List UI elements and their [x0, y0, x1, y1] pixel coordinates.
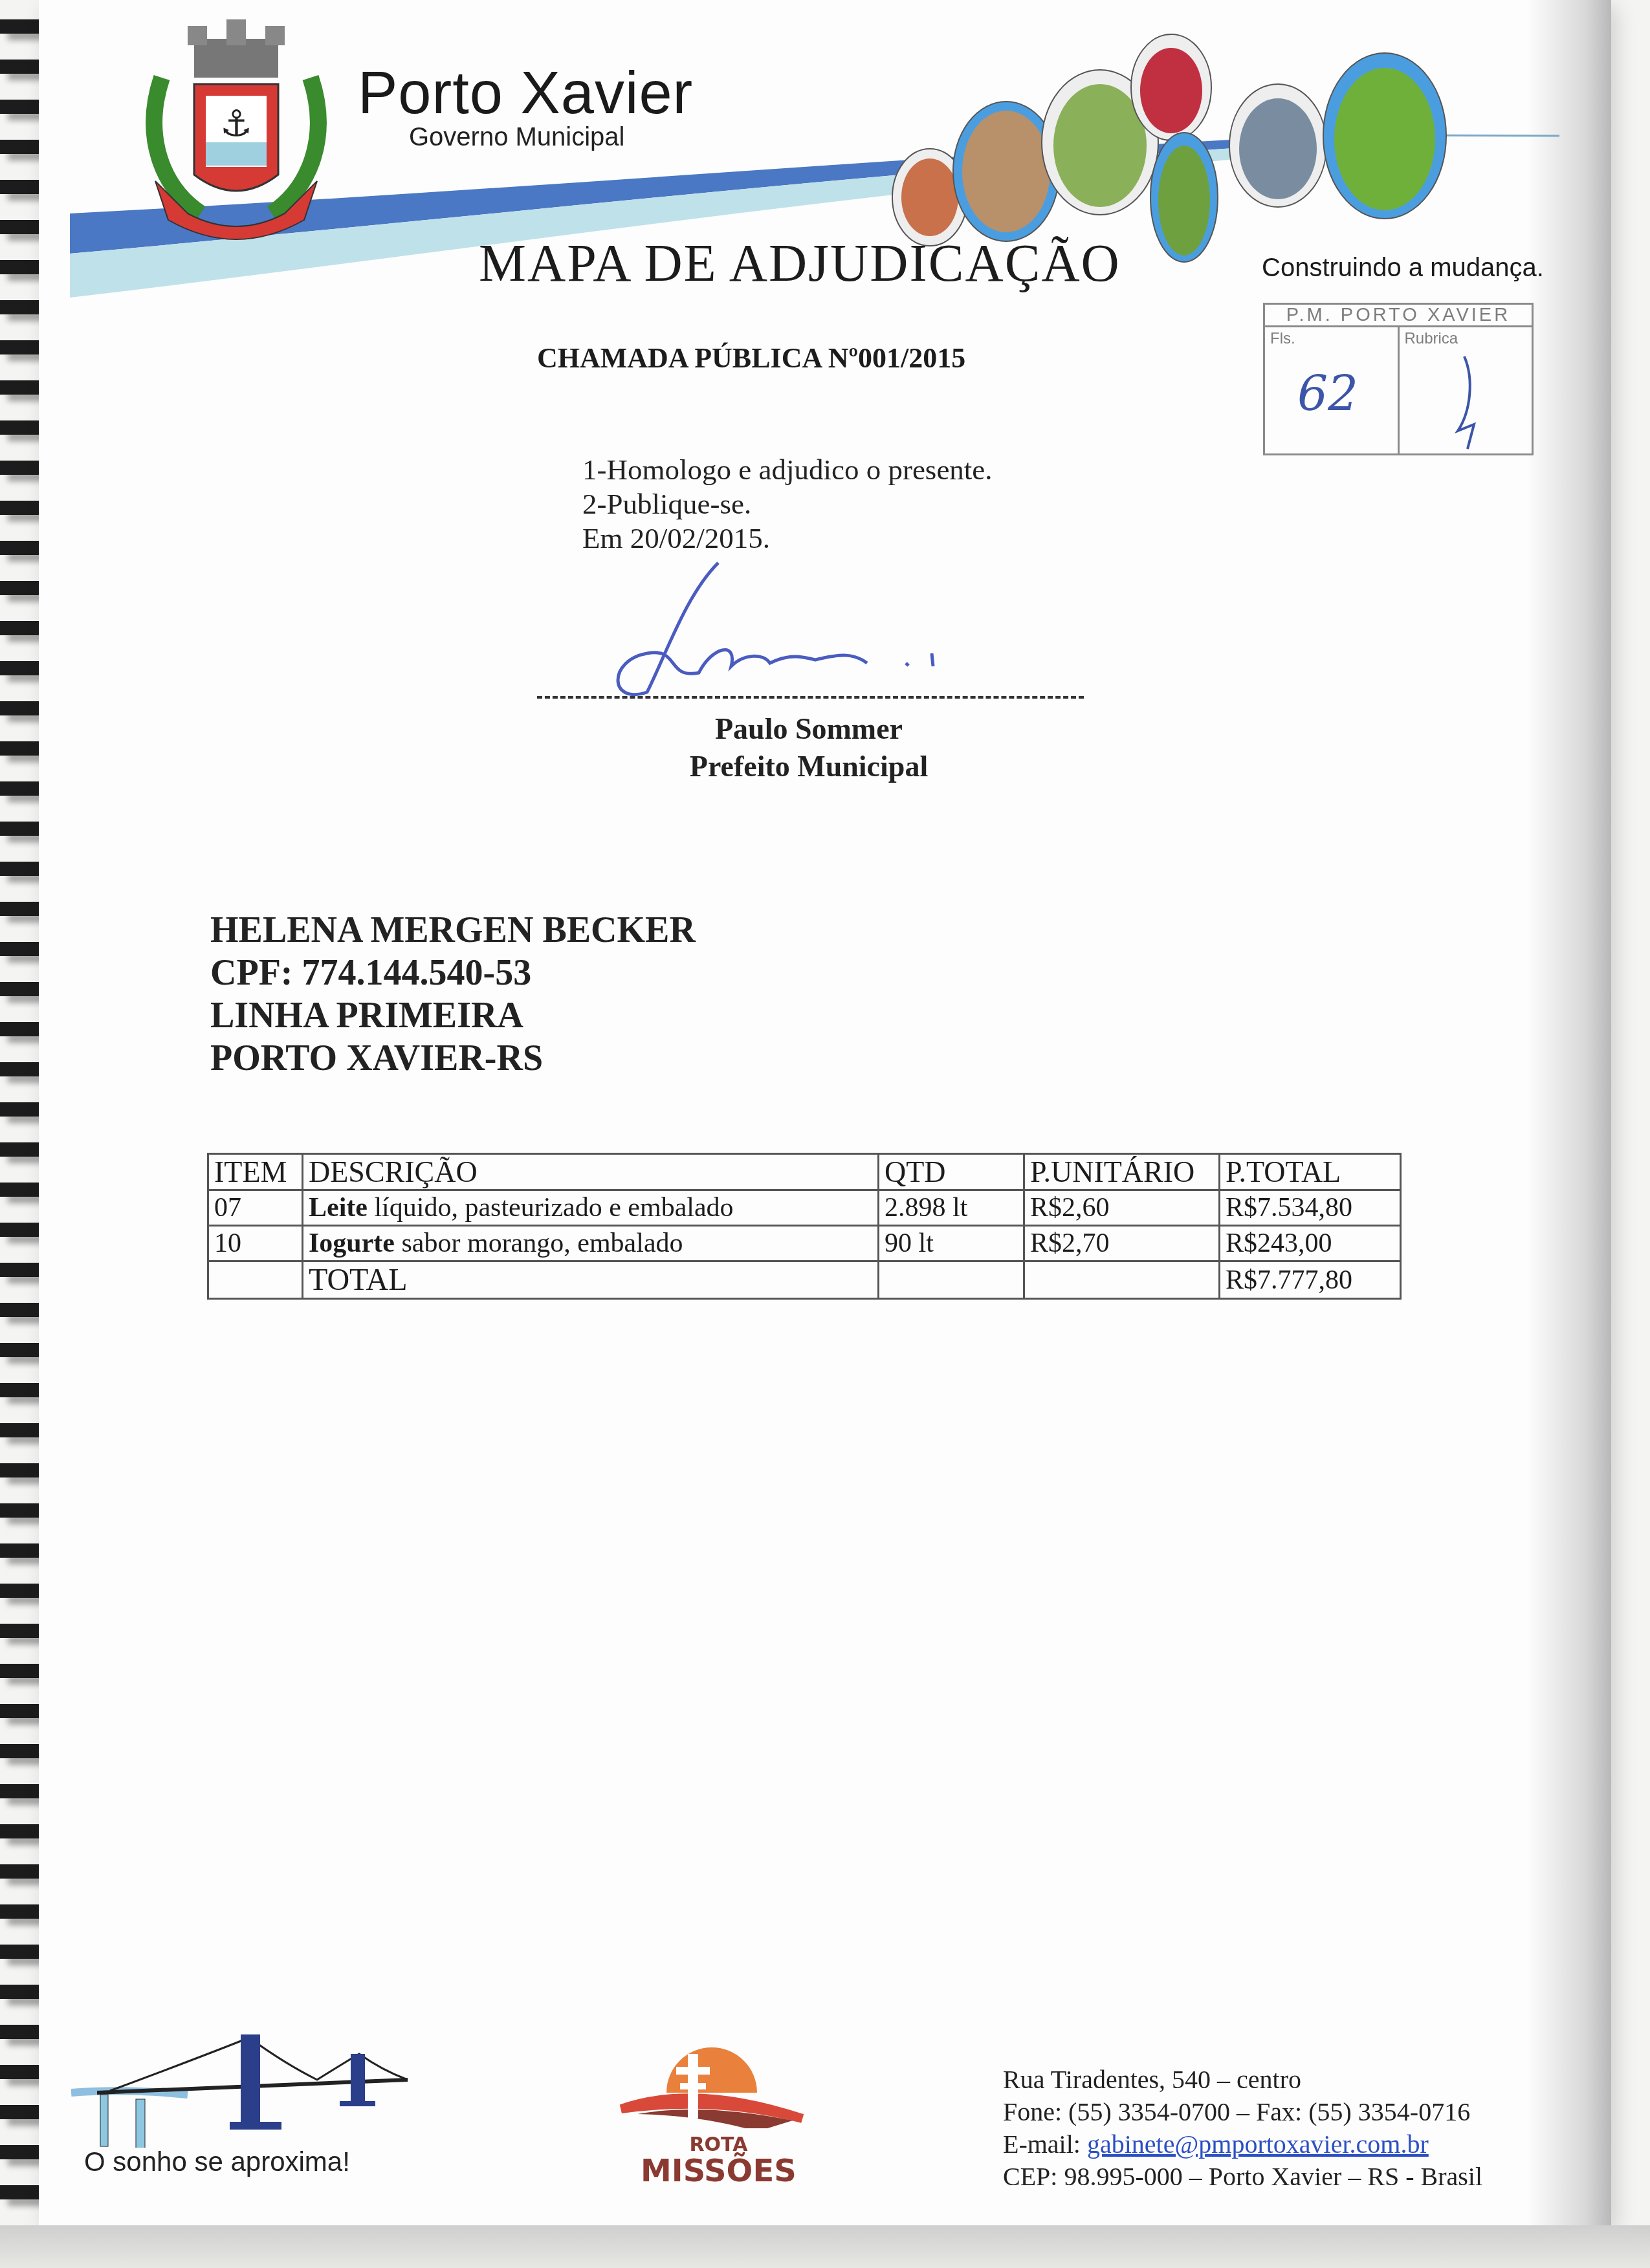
signature-line	[537, 696, 1084, 699]
table-header-row: ITEM DESCRIÇÃO QTD P.UNITÁRIO P.TOTAL	[208, 1154, 1401, 1190]
description-product: Iogurte	[309, 1228, 395, 1258]
total-label: TOTAL	[303, 1261, 879, 1299]
bridge-slogan: O sonho se aproxima!	[84, 2146, 350, 2177]
mayor-signature-icon	[608, 556, 1074, 705]
contact-address: Rua Tiradentes, 540 – centro	[1003, 2064, 1482, 2096]
cell-empty	[1024, 1261, 1220, 1299]
table-row: 07 Leite líquido, pasteurizado e embalad…	[208, 1190, 1401, 1226]
col-header-description: DESCRIÇÃO	[303, 1154, 879, 1190]
col-header-unit-price: P.UNITÁRIO	[1024, 1154, 1220, 1190]
signatory-name: Paulo Sommer	[582, 710, 1035, 748]
supplier-cpf: CPF: 774.144.540-53	[210, 952, 696, 994]
brand-title: Porto Xavier	[358, 60, 693, 127]
cell-total-price: R$7.534,80	[1220, 1190, 1401, 1226]
decree-line: Em 20/02/2015.	[582, 521, 993, 556]
rota-missoes-text: ROTA MISSÕES	[641, 2135, 797, 2186]
supplier-name: HELENA MERGEN BECKER	[210, 909, 696, 952]
cell-unit-price: R$2,60	[1024, 1190, 1220, 1226]
contact-cep: CEP: 98.995-000 – Porto Xavier – RS - Br…	[1003, 2161, 1482, 2193]
table-row: 10 Iogurte sabor morango, embalado 90 lt…	[208, 1226, 1401, 1261]
cell-empty	[879, 1261, 1024, 1299]
contact-phone: Fone: (55) 3354-0700 – Fax: (55) 3354-07…	[1003, 2096, 1482, 2128]
cell-total-price: R$243,00	[1220, 1226, 1401, 1261]
decree-line: 1-Homologo e adjudico o presente.	[582, 453, 993, 487]
missoes-text: MISSÕES	[641, 2155, 797, 2186]
header-photo-circles	[892, 34, 1446, 262]
document-title: MAPA DE ADJUDICAÇÃO	[479, 233, 1121, 294]
rota-missoes-logo-icon	[618, 2044, 812, 2128]
col-header-item: ITEM	[208, 1154, 303, 1190]
bridge-logo-icon	[71, 2018, 434, 2148]
cell-quantity: 2.898 lt	[879, 1190, 1024, 1226]
cell-quantity: 90 lt	[879, 1226, 1024, 1261]
signatory-block: Paulo Sommer Prefeito Municipal	[582, 710, 1035, 785]
contact-block: Rua Tiradentes, 540 – centro Fone: (55) …	[1003, 2064, 1482, 2193]
cell-description: Iogurte sabor morango, embalado	[303, 1226, 879, 1261]
email-link[interactable]: gabinete@pmportoxavier.com.br	[1087, 2130, 1429, 2159]
email-label: E-mail:	[1003, 2130, 1087, 2159]
col-header-quantity: QTD	[879, 1154, 1024, 1190]
stamp-page-cell: Fls. 62	[1265, 327, 1398, 455]
decree-text: 1-Homologo e adjudico o presente. 2-Publ…	[582, 453, 993, 556]
svg-text:⚓: ⚓	[220, 103, 252, 145]
description-product: Leite	[309, 1193, 368, 1223]
supplier-address: LINHA PRIMEIRA	[210, 994, 696, 1037]
supplier-city: PORTO XAVIER-RS	[210, 1037, 696, 1080]
stamp-initials-label: Rubrica	[1405, 330, 1458, 347]
stamp-page-number: 62	[1297, 366, 1358, 422]
cell-item: 07	[208, 1190, 303, 1226]
header-slogan: Construindo a mudança.	[1262, 254, 1544, 283]
stamp-header: P.M. PORTO XAVIER	[1265, 305, 1532, 327]
cell-item: 10	[208, 1226, 303, 1261]
adjudication-table: ITEM DESCRIÇÃO QTD P.UNITÁRIO P.TOTAL 07…	[207, 1153, 1402, 1300]
signatory-role: Prefeito Municipal	[582, 748, 1035, 785]
description-detail: líquido, pasteurizado e embalado	[368, 1193, 734, 1223]
cell-unit-price: R$2,70	[1024, 1226, 1220, 1261]
scan-bottom-edge	[0, 2225, 1650, 2268]
document-subtitle: CHAMADA PÚBLICA Nº001/2015	[537, 342, 965, 375]
initials-signature-icon	[1438, 353, 1490, 450]
cell-empty	[208, 1261, 303, 1299]
stamp-initials-cell: Rubrica	[1398, 327, 1532, 455]
cell-description: Leite líquido, pasteurizado e embalado	[303, 1190, 879, 1226]
description-detail: sabor morango, embalado	[395, 1228, 683, 1258]
decree-line: 2-Publique-se.	[582, 487, 993, 521]
contact-email-line: E-mail: gabinete@pmportoxavier.com.br	[1003, 2128, 1482, 2161]
grand-total: R$7.777,80	[1220, 1261, 1401, 1299]
col-header-total-price: P.TOTAL	[1220, 1154, 1401, 1190]
supplier-block: HELENA MERGEN BECKER CPF: 774.144.540-53…	[210, 909, 696, 1080]
table-total-row: TOTAL R$7.777,80	[208, 1261, 1401, 1299]
brand-subtitle: Governo Municipal	[409, 123, 625, 152]
page-number-stamp: P.M. PORTO XAVIER Fls. 62 Rubrica	[1263, 303, 1534, 455]
stamp-page-label: Fls.	[1270, 330, 1295, 347]
